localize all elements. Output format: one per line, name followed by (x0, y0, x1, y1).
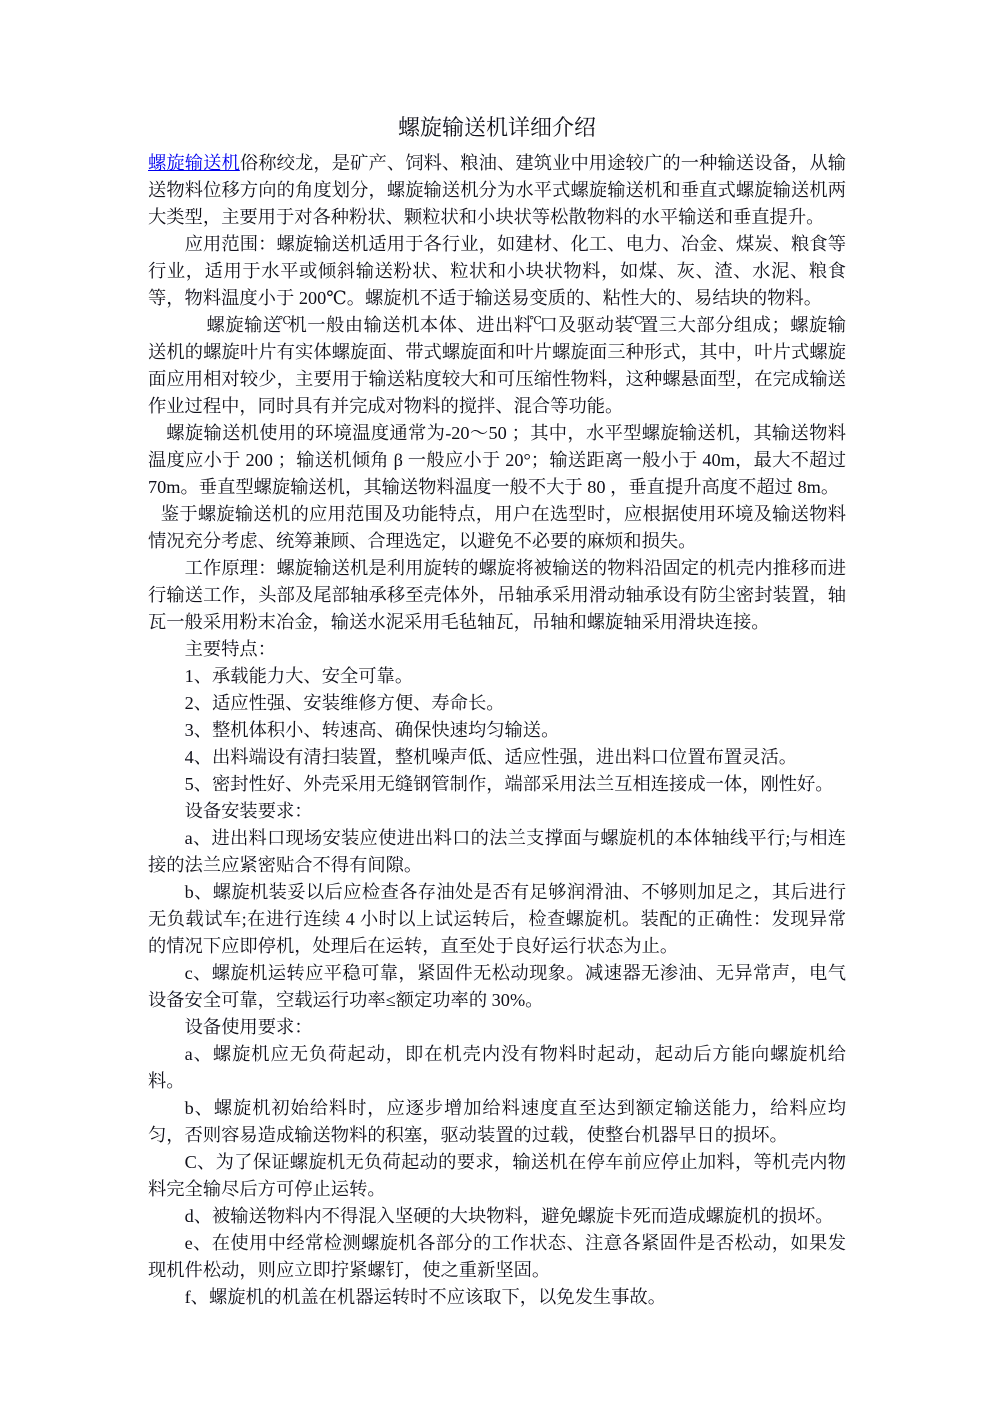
paragraph-temperature-limits: 螺旋输送机使用的环境温度通常为-20～50 ；其中，水平型螺旋输送机，其输送物料… (148, 420, 846, 501)
text-run: 主要特点： (185, 639, 276, 659)
text-run: f、螺旋机的机盖在机器运转时不应该取下，以免发生事故。 (185, 1287, 666, 1307)
text-run: 俗称绞龙，是矿产、饲料、粮油、建筑业中用途较广的一种输送设备，从输送物料位移方向… (148, 153, 846, 227)
paragraph-feature-5: 5、密封性好、外壳采用无缝钢管制作，端部采用法兰互相连接成一体，刚性好。 (148, 771, 846, 798)
paragraph-install-b: b、螺旋机装妥以后应检查各存油处是否有足够润滑油、不够则加足之，其后进行无负载试… (148, 879, 846, 960)
text-run: 螺旋输送机使用的环境温度通常为-20～50 ；其中，水平型螺旋输送机，其输送物料… (148, 423, 846, 497)
text-run: 螺旋输送 (207, 315, 282, 335)
text-run: 设备使用要求： (185, 1017, 313, 1037)
paragraph-usage-b: b、螺旋机初始给料时，应逐步增加给料速度直至达到额定输送能力，给料应均匀，否则容… (148, 1095, 846, 1149)
paragraph-feature-1: 1、承载能力大、安全可靠。 (148, 663, 846, 690)
paragraph-install-a: a、进出料口现场安装应使进出料口的法兰支撑面与螺旋机的本体轴线平行;与相连接的法… (148, 825, 846, 879)
document-body: 螺旋输送机俗称绞龙，是矿产、饲料、粮油、建筑业中用途较广的一种输送设备，从输送物… (148, 150, 846, 1311)
text-run: 2、适应性强、安装维修方便、寿命长。 (185, 693, 505, 713)
text-run: 1、承载能力大、安全可靠。 (185, 666, 414, 686)
paragraph-usage-e: e、在使用中经常检测螺旋机各部分的工作状态、注意各紧固件是否松动，如果发现机件松… (148, 1230, 846, 1284)
text-run: 3、整机体积小、转速高、确保快速均匀输送。 (185, 720, 560, 740)
text-run: 工作原理：螺旋输送机是利用旋转的螺旋将被输送的物料沿固定的机壳内推移而进行输送工… (148, 558, 846, 632)
text-run: e、在使用中经常检测螺旋机各部分的工作状态、注意各紧固件是否松动，如果发现机件松… (148, 1233, 846, 1280)
paragraph-feature-4: 4、出料端设有清扫装置，整机噪声低、适应性强，进出料口位置布置灵活。 (148, 744, 846, 771)
paragraph-usage-heading: 设备使用要求： (148, 1014, 846, 1041)
paragraph-intro: 螺旋输送机俗称绞龙，是矿产、饲料、粮油、建筑业中用途较广的一种输送设备，从输送物… (148, 150, 846, 231)
paragraph-install-heading: 设备安装要求： (148, 798, 846, 825)
text-run: d、被输送物料内不得混入坚硬的大块物料，避免螺旋卡死而造成螺旋机的损坏。 (185, 1206, 834, 1226)
text-run: a、螺旋机应无负荷起动，即在机壳内没有物料时起动，起动后方能向螺旋机给料。 (148, 1044, 846, 1091)
text-run: b、螺旋机初始给料时，应逐步增加给料速度直至达到额定输送能力，给料应均匀，否则容… (148, 1098, 846, 1145)
paragraph-working-principle: 工作原理：螺旋输送机是利用旋转的螺旋将被输送的物料沿固定的机壳内推移而进行输送工… (148, 555, 846, 636)
text-run: 应用范围：螺旋输送机适用于各行业，如建材、化工、电力、冶金、煤炭、粮食等行业，适… (148, 234, 846, 308)
text-run: 鉴于螺旋输送机的应用范围及功能特点，用户在选型时，应根据使用环境及输送物料情况充… (148, 504, 846, 551)
document-page: 螺旋输送机详细介绍 螺旋输送机俗称绞龙，是矿产、饲料、粮油、建筑业中用途较广的一… (0, 0, 993, 1404)
paragraph-features-heading: 主要特点： (148, 636, 846, 663)
paragraph-selection-note: 鉴于螺旋输送机的应用范围及功能特点，用户在选型时，应根据使用环境及输送物料情况充… (148, 501, 846, 555)
paragraph-composition: 螺旋输送℃机一般由输送机本体、进出料℃口及驱动装℃置三大部分组成；螺旋输送机的螺… (148, 312, 846, 420)
text-run: 4、出料端设有清扫装置，整机噪声低、适应性强，进出料口位置布置灵活。 (185, 747, 797, 767)
paragraph-install-c: c、螺旋机运转应平稳可靠，紧固件无松动现象。减速器无渗油、无异常声，电气设备安全… (148, 960, 846, 1014)
document-title: 螺旋输送机详细介绍 (148, 114, 846, 142)
text-run: c、螺旋机运转应平稳可靠，紧固件无松动现象。减速器无渗油、无异常声，电气设备安全… (148, 963, 846, 1010)
paragraph-feature-2: 2、适应性强、安装维修方便、寿命长。 (148, 690, 846, 717)
text-run: 口及驱动装 (539, 315, 633, 335)
text-run: b、螺旋机装妥以后应检查各存油处是否有足够润滑油、不够则加足之，其后进行无负载试… (148, 882, 846, 956)
text-run: 设备安装要求： (185, 801, 313, 821)
paragraph-usage-f: f、螺旋机的机盖在机器运转时不应该取下，以免发生事故。 (148, 1284, 846, 1311)
text-run: 机一般由输送机本体、进出料 (288, 315, 532, 335)
paragraph-feature-3: 3、整机体积小、转速高、确保快速均匀输送。 (148, 717, 846, 744)
text-run: a、进出料口现场安装应使进出料口的法兰支撑面与螺旋机的本体轴线平行;与相连接的法… (148, 828, 846, 875)
paragraph-usage-d: d、被输送物料内不得混入坚硬的大块物料，避免螺旋卡死而造成螺旋机的损坏。 (148, 1203, 846, 1230)
paragraph-application-scope: 应用范围：螺旋输送机适用于各行业，如建材、化工、电力、冶金、煤炭、粮食等行业，适… (148, 231, 846, 312)
text-run: 5、密封性好、外壳采用无缝钢管制作，端部采用法兰互相连接成一体，刚性好。 (185, 774, 834, 794)
paragraph-usage-a: a、螺旋机应无负荷起动，即在机壳内没有物料时起动，起动后方能向螺旋机给料。 (148, 1041, 846, 1095)
paragraph-usage-c: C、为了保证螺旋机无负荷起动的要求，输送机在停车前应停止加料，等机壳内物料完全输… (148, 1149, 846, 1203)
text-run: C、为了保证螺旋机无负荷起动的要求，输送机在停车前应停止加料，等机壳内物料完全输… (148, 1152, 846, 1199)
screw-conveyor-link[interactable]: 螺旋输送机 (148, 153, 240, 173)
